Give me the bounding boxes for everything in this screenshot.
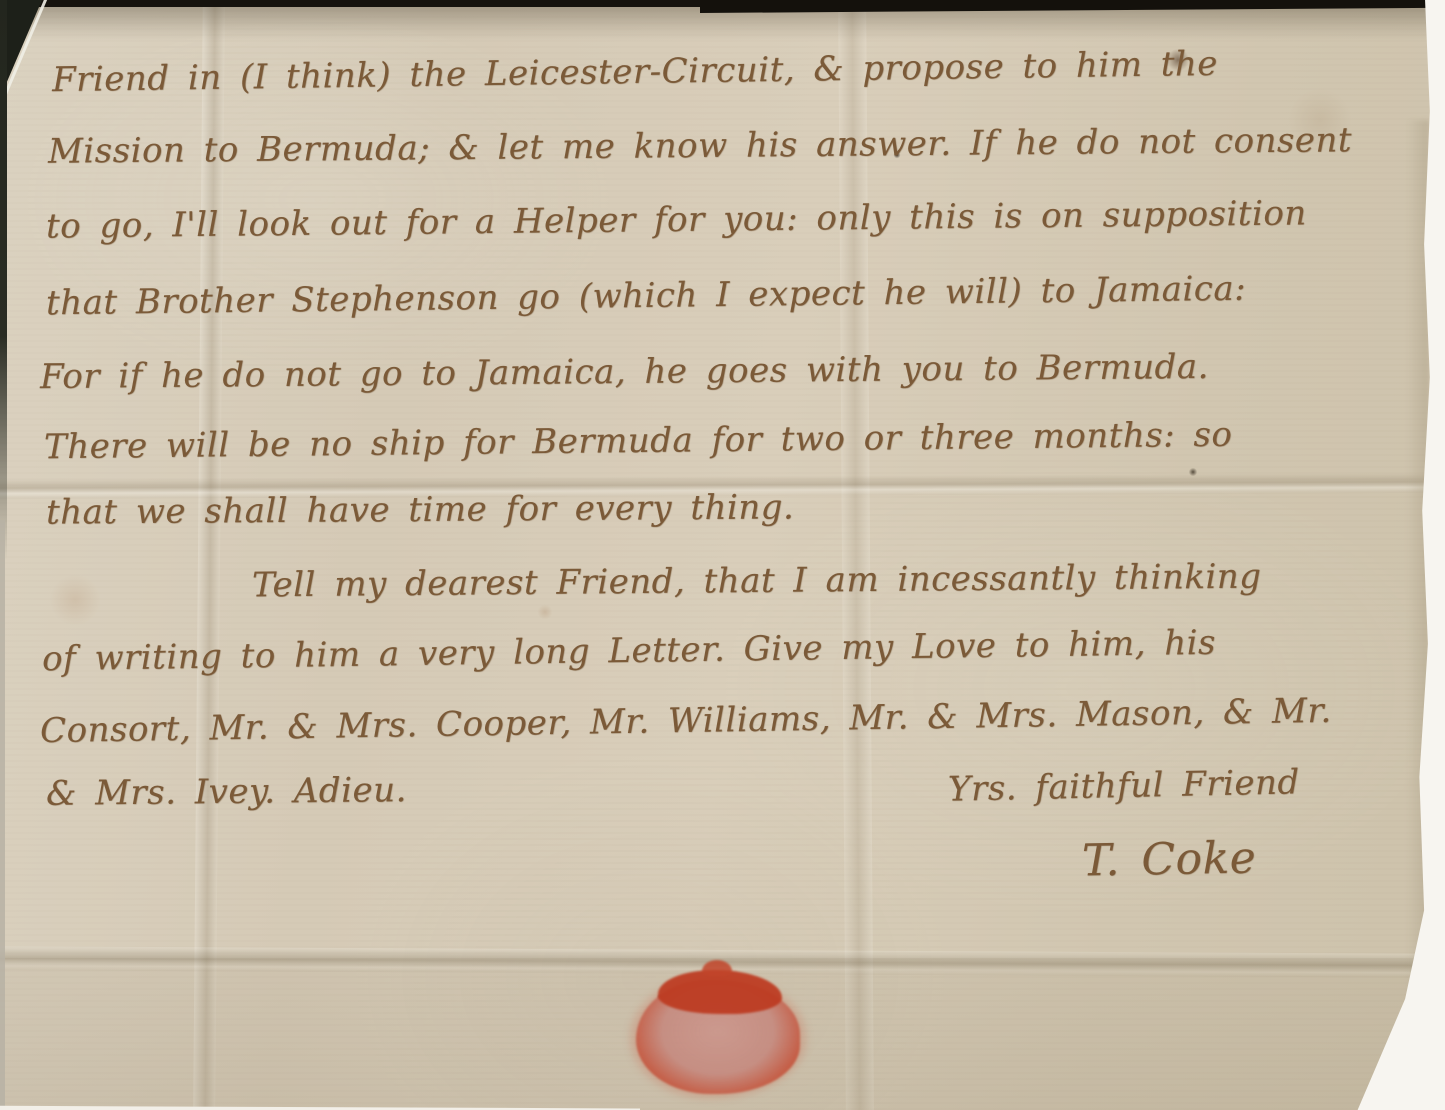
paper-edge-left <box>0 520 5 1110</box>
letter-signature: T. Coke <box>1082 832 1257 886</box>
scanner-edge-left <box>0 0 7 560</box>
wax-seal-top-cap <box>658 970 782 1014</box>
letter-line-7: that we shall have time for every thing. <box>46 487 795 532</box>
wax-seal-nub <box>702 960 732 976</box>
wax-seal-remnant <box>628 968 812 1102</box>
letter-line-11: & Mrs. Ivey. Adieu. <box>46 770 407 814</box>
letter-scan: Friend in (I think) the Leicester-Circui… <box>0 0 1445 1110</box>
letter-closing: Yrs. faithful Friend <box>948 762 1300 809</box>
